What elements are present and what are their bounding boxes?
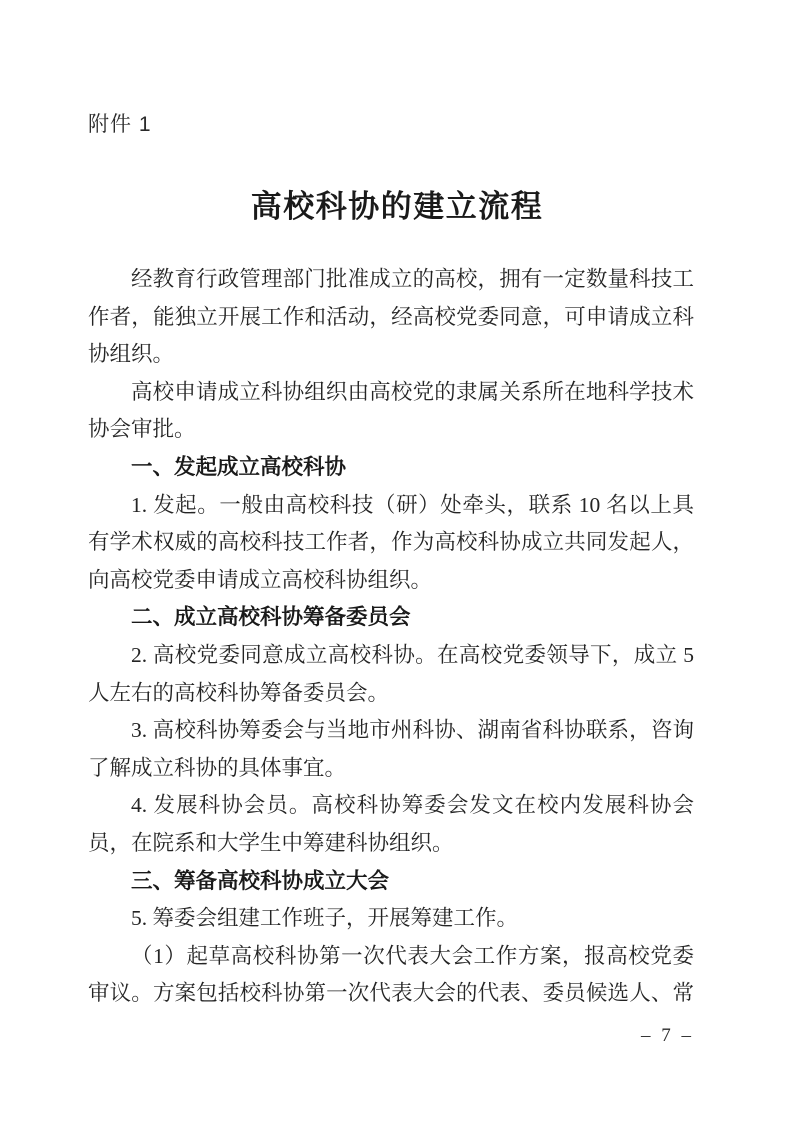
- paragraph-step-5: 5. 筹委会组建工作班子，开展筹建工作。: [88, 900, 694, 938]
- paragraph-intro: 经教育行政管理部门批准成立的高校，拥有一定数量科技工作者，能独立开展工作和活动，…: [88, 261, 694, 374]
- page-number: – 7 –: [641, 1025, 694, 1047]
- document-title: 高校科协的建立流程: [0, 181, 794, 226]
- paragraph-approval: 高校申请成立科协组织由高校党的隶属关系所在地科学技术协会审批。: [88, 374, 694, 449]
- paragraph-step-4: 4. 发展科协会员。高校科协筹委会发文在校内发展科协会员，在院系和大学生中筹建科…: [88, 787, 694, 862]
- section-heading-2: 二、成立高校科协筹备委员会: [88, 599, 694, 637]
- paragraph-sub-1-continued: （1）起草高校科协第一次代表大会工作方案，报高校党委审议。方案包括校科协第一次代…: [88, 938, 694, 1013]
- document-body: 经教育行政管理部门批准成立的高校，拥有一定数量科技工作者，能独立开展工作和活动，…: [88, 261, 694, 1013]
- section-heading-1: 一、发起成立高校科协: [88, 449, 694, 487]
- paragraph-step-3: 3. 高校科协筹委会与当地市州科协、湖南省科协联系，咨询了解成立科协的具体事宜。: [88, 712, 694, 787]
- attachment-label: 附件 1: [88, 108, 152, 138]
- section-heading-3: 三、筹备高校科协成立大会: [88, 863, 694, 901]
- paragraph-step-2: 2. 高校党委同意成立高校科协。在高校党委领导下，成立 5 人左右的高校科协筹备…: [88, 637, 694, 712]
- document-page: 附件 1 高校科协的建立流程 经教育行政管理部门批准成立的高校，拥有一定数量科技…: [0, 0, 794, 1123]
- paragraph-step-1: 1. 发起。一般由高校科技（研）处牵头，联系 10 名以上具有学术权威的高校科技…: [88, 487, 694, 600]
